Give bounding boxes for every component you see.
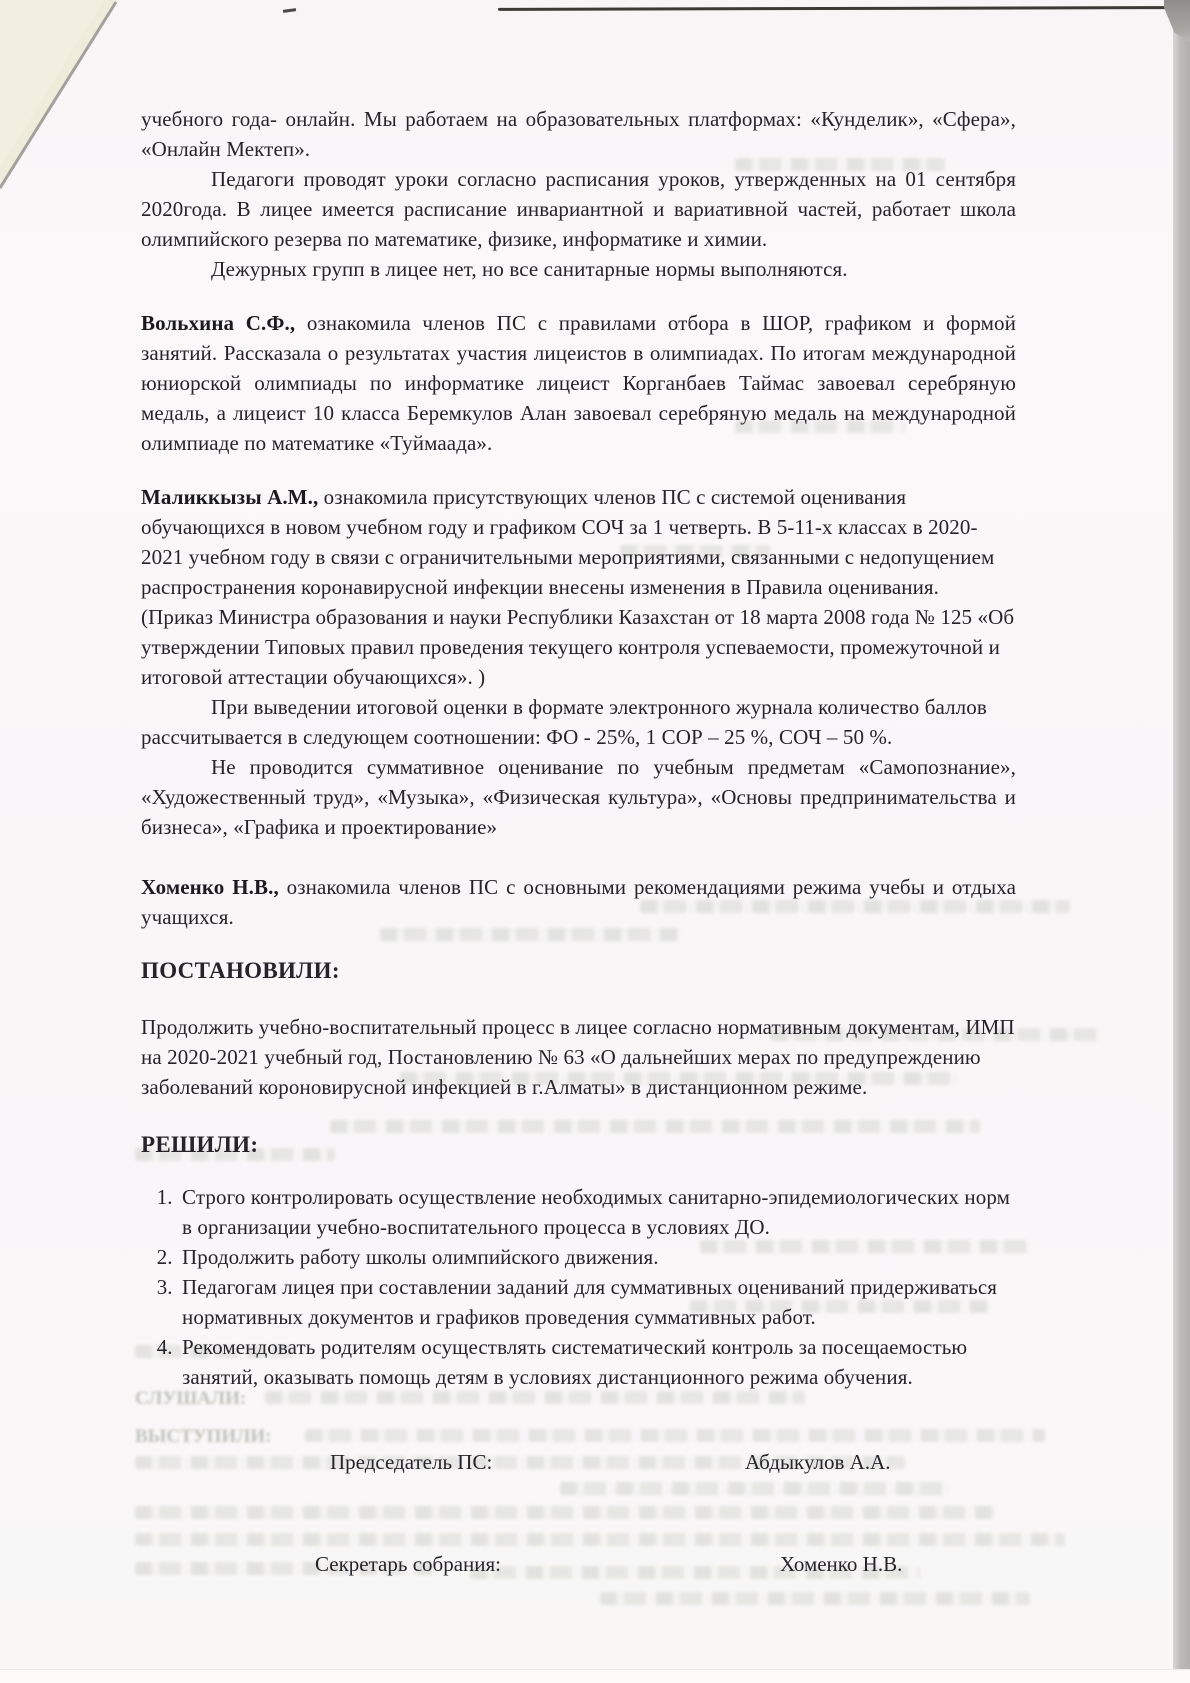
signature-role-chairman: Председатель ПС: — [330, 1450, 492, 1475]
document-body: учебного года- онлайн. Мы работаем на об… — [141, 104, 1016, 1392]
paragraph-schedule: Педагоги проводят уроки согласно расписа… — [141, 164, 1016, 254]
speaker-name: Вольхина С.Ф., — [141, 311, 295, 335]
bleedthrough-line — [305, 1429, 1045, 1442]
decision-item: Рекомендовать родителям осуществлять сис… — [178, 1332, 1016, 1392]
scan-speck-artifact — [283, 8, 296, 13]
speech-malikkyzy: Маликкызы А.М., ознакомила присутствующи… — [141, 482, 1016, 692]
decision-item: Педагогам лицея при составлении заданий … — [178, 1272, 1016, 1332]
decision-text: Педагогам лицея при составлении заданий … — [182, 1275, 997, 1329]
signature-name-chairman: Абдыкулов А.А. — [745, 1450, 891, 1475]
paragraph-platforms: учебного года- онлайн. Мы работаем на об… — [141, 104, 1016, 164]
scan-edge-artifact-top — [498, 6, 1166, 11]
decision-item: Строго контролировать осуществление необ… — [178, 1182, 1016, 1242]
speech-text: ознакомила присутствующих членов ПС с си… — [141, 485, 1014, 689]
heading-decided: РЕШИЛИ: — [141, 1130, 1016, 1160]
paragraph-duty-groups: Дежурных групп в лицее нет, но все санит… — [141, 254, 1016, 284]
paragraph-resolution: Продолжить учебно-воспитательный процесс… — [141, 1012, 1016, 1102]
decision-text: Продолжить работу школы олимпийского дви… — [182, 1245, 659, 1269]
bleedthrough-line — [135, 1506, 995, 1519]
scan-edge-artifact-bottom — [0, 1669, 1190, 1683]
signature-role-secretary: Секретарь собрания: — [315, 1552, 501, 1577]
scanned-document-page: СЛУШАЛИ:ВЫСТУПИЛИ: учебного года- онлайн… — [0, 0, 1190, 1683]
paragraph-grading-ratio: При выведении итоговой оценки в формате … — [141, 692, 1016, 752]
scan-edge-strip-right — [1173, 0, 1190, 1672]
page-corner-fold — [0, 0, 140, 210]
bleedthrough-line — [600, 1592, 1030, 1605]
bleedthrough-line — [265, 1391, 805, 1404]
bleedthrough-line — [135, 1533, 1065, 1546]
decision-text: Строго контролировать осуществление необ… — [182, 1185, 1010, 1239]
paragraph-no-summative: Не проводится суммативное оценивание по … — [141, 752, 1016, 842]
signature-name-secretary: Хоменко Н.В. — [780, 1552, 902, 1577]
speech-khomenko: Хоменко Н.В., ознакомила членов ПС с осн… — [141, 872, 1016, 932]
speaker-name: Хоменко Н.В., — [141, 875, 279, 899]
decision-text: Рекомендовать родителям осуществлять сис… — [182, 1335, 967, 1389]
bleedthrough-line: ВЫСТУПИЛИ: — [135, 1426, 295, 1448]
speech-volkhina: Вольхина С.Ф., ознакомила членов ПС с пр… — [141, 308, 1016, 458]
bleedthrough-line — [560, 1482, 950, 1495]
heading-resolved: ПОСТАНОВИЛИ: — [141, 956, 1016, 986]
decisions-list: Строго контролировать осуществление необ… — [141, 1182, 1016, 1392]
decision-item: Продолжить работу школы олимпийского дви… — [178, 1242, 1016, 1272]
speaker-name: Маликкызы А.М., — [141, 485, 318, 509]
